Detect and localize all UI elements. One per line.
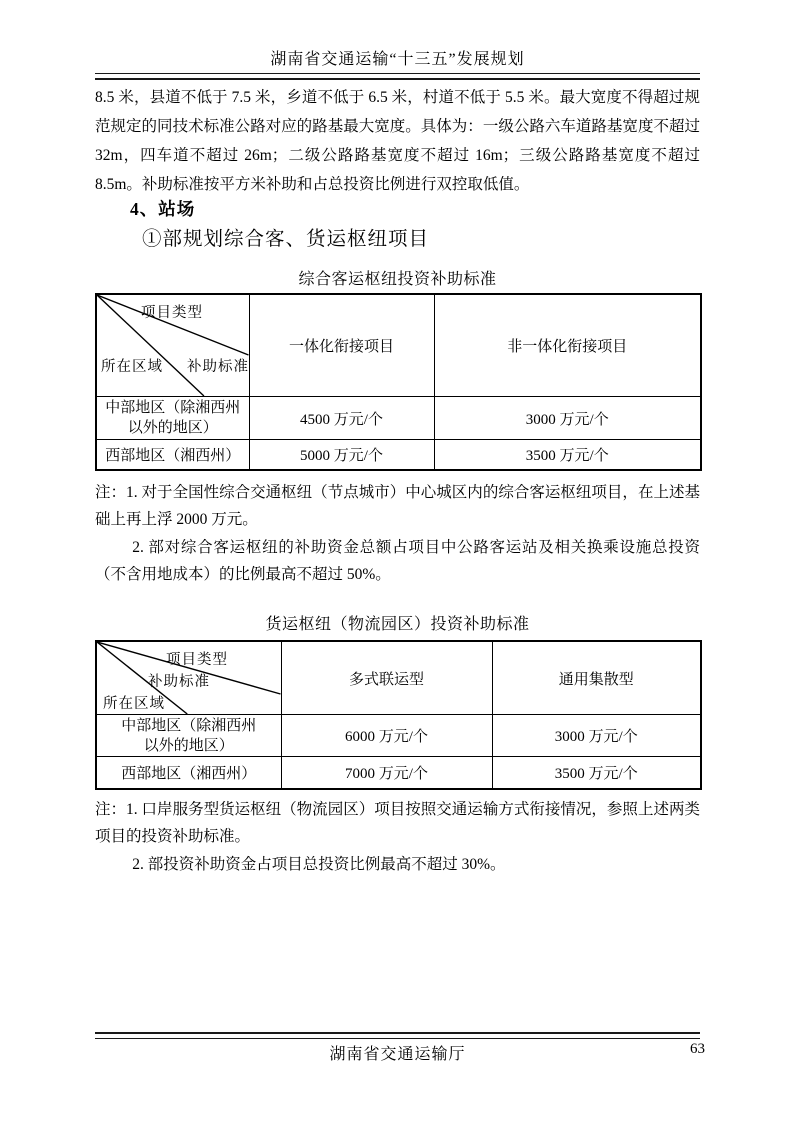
region-line: 中部地区（除湘西州 xyxy=(97,398,249,418)
freight-table-notes: 注：1. 口岸服务型货运枢纽（物流园区）项目按照交通运输方式衔接情况，参照上述两… xyxy=(95,796,700,878)
region-line: 西部地区（湘西州） xyxy=(121,766,256,782)
value-cell: 5000 万元/个 xyxy=(249,440,434,471)
region-line: 以外的地区） xyxy=(97,736,281,756)
value-cell: 3500 万元/个 xyxy=(492,757,701,790)
section-heading: 4、站场 xyxy=(130,196,195,221)
header-double-rule xyxy=(95,73,700,80)
table-header-row: 项目类型 补助标准 所在区域 多式联运型 通用集散型 xyxy=(96,641,701,715)
subsection-heading: ①部规划综合客、货运枢纽项目 xyxy=(142,223,429,251)
footer-department: 湖南省交通运输厅 xyxy=(95,1041,700,1064)
region-cell: 中部地区（除湘西州 以外的地区） xyxy=(96,397,249,440)
region-line: 以外的地区） xyxy=(97,418,249,438)
region-cell: 中部地区（除湘西州 以外的地区） xyxy=(96,715,281,757)
corner-label-region: 所在区域 xyxy=(103,692,165,713)
corner-label-region: 所在区域 xyxy=(101,355,163,376)
corner-label-project-type: 项目类型 xyxy=(141,301,203,322)
value-cell: 7000 万元/个 xyxy=(281,757,492,790)
table-header-row: 项目类型 所在区域 补助标准 一体化衔接项目 非一体化衔接项目 xyxy=(96,294,701,397)
region-line: 西部地区（湘西州） xyxy=(105,448,240,464)
column-header: 非一体化衔接项目 xyxy=(434,294,701,397)
freight-hub-table-title: 货运枢纽（物流园区）投资补助标准 xyxy=(95,611,700,634)
corner-label-subsidy-standard: 补助标准 xyxy=(148,670,210,691)
note-line: 注：1. 口岸服务型货运枢纽（物流园区）项目按照交通运输方式衔接情况，参照上述两… xyxy=(95,796,700,851)
region-cell: 西部地区（湘西州） xyxy=(96,757,281,790)
corner-label-project-type: 项目类型 xyxy=(166,648,228,669)
table-row: 西部地区（湘西州） 7000 万元/个 3500 万元/个 xyxy=(96,757,701,790)
corner-header-cell: 项目类型 所在区域 补助标准 xyxy=(96,294,249,397)
corner-label-subsidy-standard: 补助标准 xyxy=(187,355,249,376)
table-row: 中部地区（除湘西州 以外的地区） 4500 万元/个 3000 万元/个 xyxy=(96,397,701,440)
column-header: 通用集散型 xyxy=(492,641,701,715)
passenger-hub-subsidy-table: 项目类型 所在区域 补助标准 一体化衔接项目 非一体化衔接项目 中部地区（除湘西… xyxy=(95,293,702,471)
region-line: 中部地区（除湘西州 xyxy=(97,716,281,736)
column-header: 多式联运型 xyxy=(281,641,492,715)
value-cell: 6000 万元/个 xyxy=(281,715,492,757)
table-row: 中部地区（除湘西州 以外的地区） 6000 万元/个 3000 万元/个 xyxy=(96,715,701,757)
value-cell: 3000 万元/个 xyxy=(434,397,701,440)
passenger-hub-table-title: 综合客运枢纽投资补助标准 xyxy=(95,266,700,289)
footer-double-rule xyxy=(95,1032,700,1039)
note-line: 2. 部对综合客运枢纽的补助资金总额占项目中公路客运站及相关换乘设施总投资（不含… xyxy=(95,534,700,589)
page-header-title: 湖南省交通运输“十三五”发展规划 xyxy=(95,46,700,69)
freight-hub-subsidy-table: 项目类型 补助标准 所在区域 多式联运型 通用集散型 中部地区（除湘西州 以外的… xyxy=(95,640,702,790)
value-cell: 4500 万元/个 xyxy=(249,397,434,440)
document-page: 湖南省交通运输“十三五”发展规划 8.5 米，县道不低于 7.5 米，乡道不低于… xyxy=(0,0,793,1122)
page-number: 63 xyxy=(675,1041,705,1058)
table-row: 西部地区（湘西州） 5000 万元/个 3500 万元/个 xyxy=(96,440,701,471)
value-cell: 3000 万元/个 xyxy=(492,715,701,757)
column-header: 一体化衔接项目 xyxy=(249,294,434,397)
body-paragraph: 8.5 米，县道不低于 7.5 米，乡道不低于 6.5 米，村道不低于 5.5 … xyxy=(95,83,700,199)
note-line: 注：1. 对于全国性综合交通枢纽（节点城市）中心城区内的综合客运枢纽项目，在上述… xyxy=(95,479,700,534)
passenger-table-notes: 注：1. 对于全国性综合交通枢纽（节点城市）中心城区内的综合客运枢纽项目，在上述… xyxy=(95,479,700,589)
note-line: 2. 部投资补助资金占项目总投资比例最高不超过 30%。 xyxy=(95,851,700,878)
corner-header-cell: 项目类型 补助标准 所在区域 xyxy=(96,641,281,715)
value-cell: 3500 万元/个 xyxy=(434,440,701,471)
region-cell: 西部地区（湘西州） xyxy=(96,440,249,471)
